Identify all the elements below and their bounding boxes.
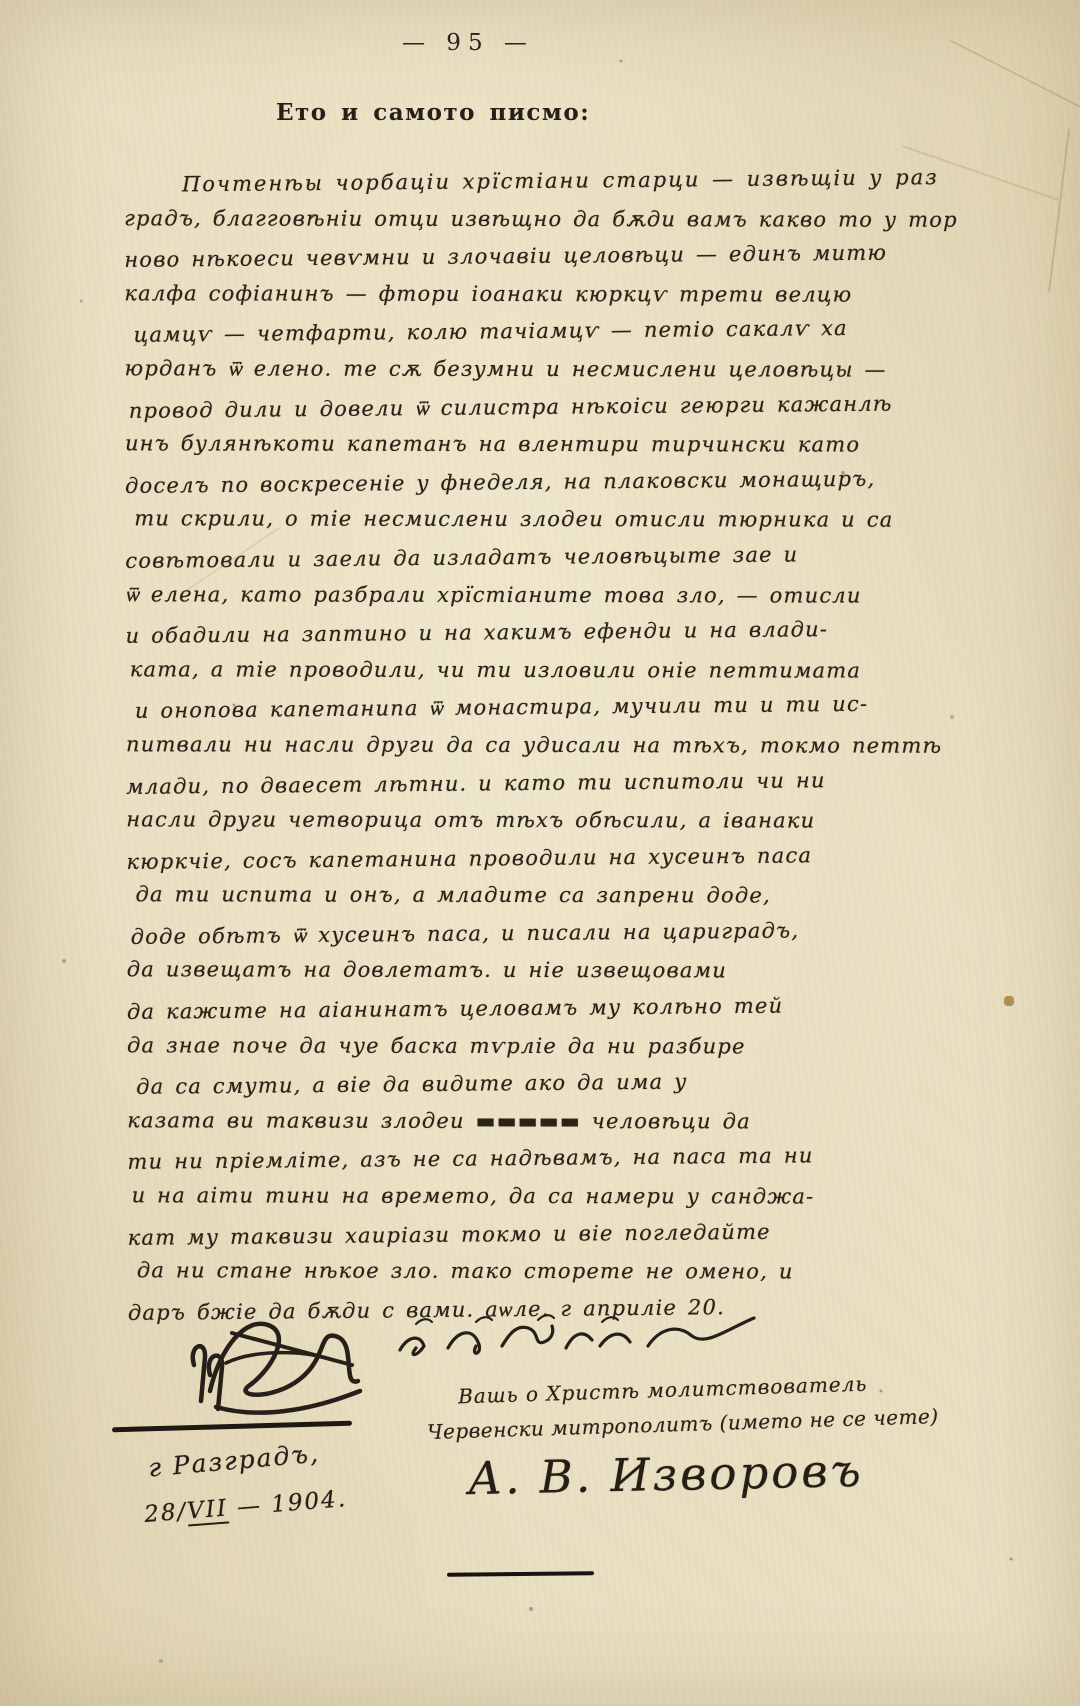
- letter-line: Почтенѣы чорбаціи хрїстіани старци — изв…: [124, 159, 934, 204]
- date-line: 28/VII — 1904.: [143, 1486, 348, 1528]
- date-year: — 1904.: [227, 1486, 348, 1521]
- signature-scrawl: [180, 1303, 365, 1415]
- letter-line: цамцѵ — четфарти, колю тачіамцѵ — петіо …: [133, 310, 934, 355]
- letter-line: да са смути, а віе да видите ако да има …: [136, 1061, 937, 1106]
- letter-line: насли други четворица отъ тѣхъ обѣсили, …: [126, 801, 936, 840]
- page-number: — 95 —: [402, 30, 534, 56]
- illegible-inscription: [390, 1312, 762, 1362]
- letter-line: да кажите на аіанинатъ целовамъ му колѣн…: [127, 986, 937, 1031]
- letter-line: ново нѣкоеси чевѵмни и злочавіи целовѣци…: [124, 234, 934, 279]
- letter-line: ти ни пріемліте, азъ не са надѣвамъ, на …: [127, 1137, 937, 1182]
- letter-line: кат му таквизи хаиріази токмо и віе погл…: [128, 1212, 938, 1257]
- divider-dash: [112, 1421, 352, 1433]
- letter-line: да ти испита и онъ, а младите са запрени…: [135, 877, 936, 916]
- date-month: VII: [186, 1495, 229, 1526]
- letter-body: Почтенѣы чорбаціи хрїстіани старци — изв…: [124, 162, 938, 1330]
- letter-line: ѿ елена, като разбрали хрїстіаните това …: [125, 576, 935, 615]
- letter-line: совѣтовали и заели да изладатъ человѣцыт…: [125, 535, 935, 580]
- bottom-rule: [447, 1571, 594, 1577]
- letter-line: ти скрили, о тіе несмислени злодеи отисл…: [134, 501, 935, 540]
- paper-specks: [0, 0, 2, 2]
- letter-line: инъ булянѣкоти капетанъ на влентири тирч…: [125, 425, 935, 464]
- letter-line: да извещатъ на довлетатъ. и ніе извещова…: [127, 952, 937, 991]
- letter-line: и онопова капетанипа ѿ монастира, мучили…: [135, 685, 936, 730]
- letter-line: доселъ по воскресеніе у фнеделя, на плак…: [125, 460, 935, 505]
- letter-line: да ни стане нѣкое зло. тако сторете не о…: [137, 1253, 938, 1292]
- paper-scratch: [949, 39, 1080, 138]
- letter-line: да знае поче да чуе баска тѵрліе да ни р…: [127, 1027, 937, 1066]
- letter-line: млади, по дваесет лѣтни. и като ти испит…: [126, 761, 936, 806]
- letter-line: питвали ни насли други да са удисали на …: [126, 726, 936, 765]
- place-line: г Разградъ,: [147, 1439, 321, 1483]
- letter-line: казата ви таквизи злодеи ▬▬▬▬▬ человѣци …: [127, 1102, 937, 1141]
- letter-line: калфа софіанинъ — фтори іоанаки кюркцѵ т…: [124, 275, 934, 314]
- valediction-line-1: Вашь о Христѣ молитствователь: [458, 1372, 868, 1409]
- letter-line: кюркчіе, сосъ капетанина проводили на ху…: [126, 836, 936, 881]
- letter-line: и обадили на заптино и на хакимъ ефенди …: [125, 610, 935, 655]
- letter-line: ката, а тіе проводили, чи ти изловили он…: [130, 651, 936, 690]
- section-heading: Ето и самото писмо:: [276, 99, 590, 126]
- date-day: 28/: [143, 1499, 188, 1528]
- valediction-line-2: Червенски митрополитъ (името не се чете): [427, 1404, 939, 1444]
- letter-line: и на аіти тини на времето, да са намери …: [132, 1177, 938, 1216]
- metropolitan-signature: А. В. Изворовъ: [467, 1444, 864, 1505]
- scanned-page: — 95 — Ето и самото писмо: Почтенѣы чорб…: [0, 0, 1080, 1706]
- letter-line: юрданъ ѿ елено. те сѫ безумни и несмисле…: [125, 350, 935, 389]
- letter-line: градъ, благговѣніи отци извѣщно да бѫди …: [124, 200, 934, 239]
- letter-line: провод дили и довели ѿ силистра нѣкоіси …: [129, 385, 935, 430]
- letter-line: доде обѣтъ ѿ хусеинъ паса, и писали на ц…: [130, 911, 936, 956]
- paper-crease: [1048, 128, 1070, 292]
